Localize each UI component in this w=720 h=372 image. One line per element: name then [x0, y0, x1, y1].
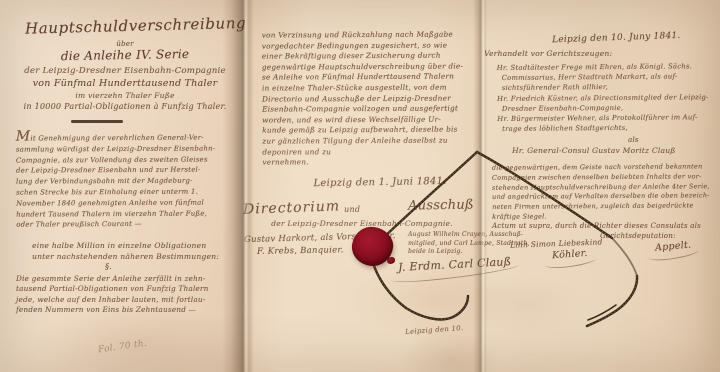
- als-word: als: [628, 136, 639, 144]
- text-line: unter nachstehenden näheren Bestimmungen…: [32, 251, 219, 262]
- signature-koehler: Köhler.: [552, 248, 588, 261]
- text-line: zur gänzlichen Tilgung der Anleihe dasel…: [262, 135, 463, 147]
- text-line: Hr. Friedrich Küstner, als Directionsmit…: [497, 92, 709, 104]
- text-line: neten Firmen unterschrieben, zugleich da…: [492, 201, 710, 212]
- signature-appelt: Appelt.: [655, 239, 692, 253]
- text-line: eine halbe Million in einzelne Obligatio…: [32, 240, 219, 251]
- und-word: und: [344, 205, 360, 214]
- text-line: schen Strecke bis zur Einholung einer un…: [16, 186, 216, 198]
- company-name-line: der Leipzig-Dresdner Eisenbahn-Compagnie…: [262, 219, 462, 228]
- closing-line-1: Actum ut supra, durch die Richter dieses…: [492, 222, 701, 230]
- text-line: oder Thaler preußisch Courant —: [16, 219, 216, 231]
- signature-krebs: F. Krebs, Banquier.: [257, 245, 344, 257]
- right-subheading: Verhandelt vor Gerichtszeugen:: [484, 49, 612, 58]
- text-line: November 1840 genehmigten Anleihe von fü…: [16, 197, 216, 209]
- text-line: jede, welche auf den Inhaber lauten, mit…: [16, 295, 208, 305]
- text-line: tausend Partial-Obligationen von Funfzig…: [16, 284, 208, 294]
- ausschuss-heading: Ausschuß: [408, 197, 474, 213]
- text-line: kräftige Siegel.: [492, 211, 710, 222]
- witness-list: Hr. Stadtältester Frege mit Ehren, als K…: [497, 61, 709, 134]
- middle-body-paragraph: von Verzinsung und Rückzahlung nach Maßg…: [262, 29, 464, 168]
- text-line: hundert Tausend Thalern im vierzehn Thal…: [16, 208, 216, 220]
- text-line: Die gesammte Serie der Anleihe zerfällt …: [16, 274, 208, 284]
- text-line: vernehmen.: [262, 157, 463, 169]
- historical-bond-document: Hauptschuldverschreibung über die Anleih…: [0, 0, 720, 372]
- closing-line-2: Gerichtsdeputation:: [600, 232, 676, 240]
- left-body-paragraph-1: Mit Genehmigung der verehrlichen General…: [16, 130, 216, 230]
- text-line: sammlung würdigst der Leipzig-Dresdner E…: [16, 143, 216, 155]
- text-line: fenden Nummern von Eins bis Zehntausend …: [16, 305, 208, 315]
- consul-line: Hr. General-Consul Gustav Moritz Clauß: [512, 146, 676, 155]
- directorium-heading: Directorium: [243, 198, 341, 217]
- left-body-paragraph-3: Die gesammte Serie der Anleihe zerfällt …: [16, 274, 208, 316]
- text-line: in einzelne Thaler-Stücke ausgestellt, v…: [262, 82, 463, 94]
- section-mark: §.: [105, 262, 112, 271]
- title-line-company: der Leipzig-Dresdner Eisenbahn-Compagnie: [15, 66, 235, 76]
- text-line: Eisenbahn-Compagnie vollzogen und ausgef…: [262, 104, 463, 116]
- right-body-paragraph: die gegenwärtigen, dem Geiste nach vorst…: [492, 162, 710, 222]
- left-body-paragraph-2: eine halbe Million in einzelne Obligatio…: [32, 240, 219, 262]
- title-line-obligations: in 10000 Partial-Obligationen à Funfzig …: [8, 102, 242, 111]
- text-line: trage des löblichen Stadtgerichts,: [497, 122, 709, 134]
- text-line: Mit Genehmigung der verehrlichen General…: [16, 130, 216, 144]
- title-divider-rule: [71, 120, 123, 123]
- title-line-standard: im vierzehn Thaler Fuße: [15, 91, 235, 100]
- text-line: einer Bekräftigung dieser Zusicherung du…: [262, 51, 463, 63]
- text-line: August Wilhelm Crayen, Ausschuß-: [408, 231, 530, 240]
- title-line-amount: von Fünfmal Hunderttausend Thaler: [15, 78, 235, 89]
- text-line: von Verzinsung und Rückzahlung nach Maßg…: [262, 29, 463, 41]
